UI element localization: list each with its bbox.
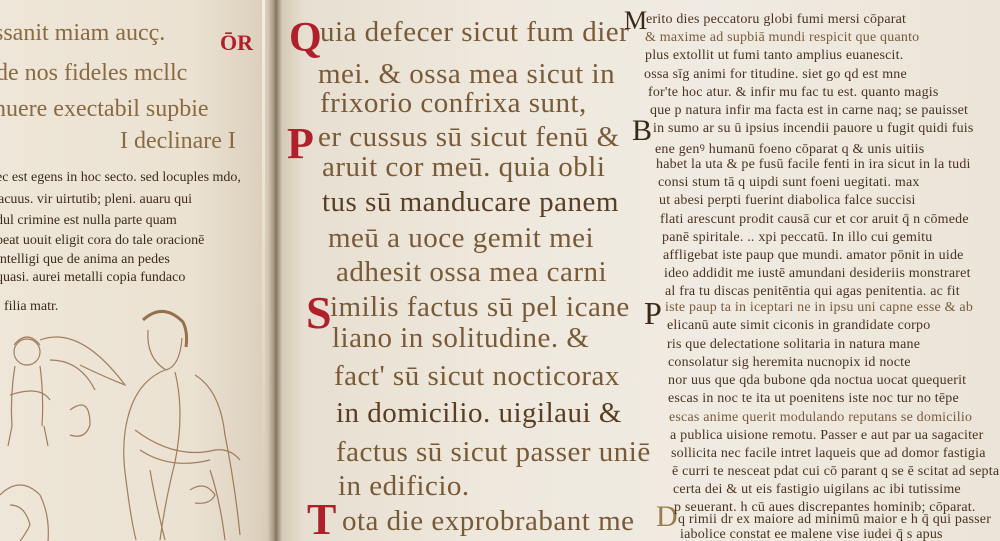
initial-b: B [632,114,652,148]
text-line: a publica uisione remotu. Passer e aut p… [670,428,983,444]
text-line: meū a uoce gemit mei [328,222,594,255]
text-line: al fra tu discas penitēntia qui agas pen… [665,284,960,300]
rubric-or: ŌR [220,30,253,56]
red-initial-s: S [306,286,332,339]
text-line: uia defecer sicut fum dier [320,16,629,49]
text-line: frixorio confrixa sunt, [320,87,587,120]
text-line: affligebat iste paup que mundi. amator p… [663,248,964,264]
left-small-line: intelligi que de anima an pedes [0,252,170,268]
left-large-line: I declinare I [120,128,236,155]
text-line: for'te hoc atur. & infir mu fac tu est. … [648,85,939,101]
initial-p: P [644,295,662,332]
text-line: q rimii dr ex maiore ad minimū maior e h… [678,512,991,528]
text-line: nor uus que qda bubone qda noctua uocat … [668,373,966,389]
left-small-line: dul crimine est nulla parte quam [0,213,177,229]
text-line: que p natura infir ma facta est in carne… [650,103,968,119]
text-line: certa dei & ut eis fastigio uigilans ac … [673,482,961,498]
text-line: & maxime ad supbiā mundi respicit que qu… [645,30,919,46]
text-line: imilis factus sū pel icane [330,291,630,324]
left-small-line: acuus. vir uirtutib; pleni. auaru qui [0,192,192,208]
text-line: aruit cor meū. quia obli [322,151,605,184]
text-line: ene genꝰ humanū foeno cōparat q & unis u… [655,139,924,158]
left-small-line: quasi. aurei metalli copia fundaco [0,270,185,286]
text-line: er cussus sū sicut fenū & [318,121,620,154]
text-line: ota die exprobrabant me [342,505,635,538]
red-initial-q: Q [289,14,322,62]
text-line: erito dies peccatoru globi fumi mersi cō… [646,12,906,28]
text-line: sollicita nec facile intret laqueis que … [671,446,986,462]
text-line: factus sū sicut passer uniē [336,436,651,469]
text-line: ideo addidit me iustē amundani desiderii… [664,266,971,282]
text-line: in domicilio. uigilaui & [336,397,622,430]
text-line: iste paup ta in iceptari ne in ipsu uni … [665,300,973,316]
text-line: adhesit ossa mea carni [336,256,607,289]
left-large-line: ssanit miam aucç. [0,20,165,47]
text-line: in sumo ar su ū ipsius incendii pauore u… [653,121,974,137]
book-gutter [268,0,282,541]
text-line: liano in solitudine. & [332,322,590,355]
left-large-line: nuere exectabil supbie [0,96,209,123]
drawing-of-figures [0,300,265,541]
initial-m: M [624,6,647,36]
text-line: ut abesi perpti fuerint diabolica falce … [659,193,916,209]
text-line: flati arescunt prodit causā cur et cor a… [660,212,969,228]
text-line: consolatur sig heremita nucnopix id noct… [668,355,911,371]
text-line: ris que delectatione solitaria in natura… [667,337,920,353]
left-small-line: beat uouit eligit cora do tale oracionē [0,233,204,249]
text-line: escas anime querit modulando reputans se… [669,410,972,426]
text-line: ē curri te nesceat pdat cui cō parant q … [672,464,999,480]
text-line: habet la uta & pe fusū facile fenti in i… [656,157,971,173]
text-line: fact' sū sicut nocticorax [334,360,620,393]
red-initial-p: P [287,118,314,169]
text-line: tus sū manducare panem [322,186,619,219]
text-line: in edificio. [338,470,470,503]
left-small-line: ec est egens in hoc secto. sed locuples … [0,170,241,186]
text-line: ossa sīg animi for titudine. siet go qd … [644,67,907,83]
left-large-line: de nos fideles mcllc [0,60,187,87]
text-line: escas in noc te ita ut poenitens iste no… [668,391,959,407]
red-initial-t: T [307,494,336,541]
text-line: consi stum tā q uipdi sunt foeni uegitat… [658,175,920,191]
text-line: iabolice constat ee malene vise iudei q̄… [680,527,943,541]
text-line: panē spiritale. .. xpi peccatū. In illo … [662,230,932,246]
text-line: plus extollit ut fumi tanto amplius euan… [645,48,903,64]
text-line: elicanū aute simit ciconis in grandidate… [667,318,930,334]
